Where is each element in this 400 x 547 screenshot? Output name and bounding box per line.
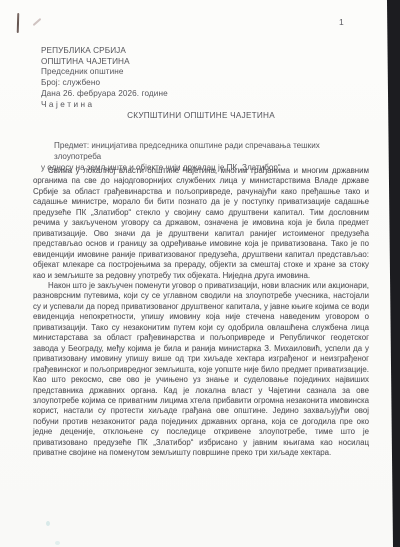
- page-number: 1: [339, 17, 344, 27]
- scan-speck: [55, 541, 60, 545]
- letterhead-line-number: Број: службено: [41, 78, 168, 89]
- letterhead-line-place: Ч а ј е т и н а: [41, 100, 168, 111]
- paragraph: Свима у локалној власти општине Чајетина…: [33, 166, 369, 281]
- letterhead: РЕПУБЛИКА СРБИЈА ОПШТИНА ЧАЈЕТИНА Предсе…: [41, 46, 168, 110]
- paragraph: Након што је закључен поменути уговор о …: [33, 281, 369, 459]
- addressee-title: СКУПШТИНИ ОПШТИНЕ ЧАЈЕТИНА: [33, 111, 369, 120]
- subject-line: Предмет: иницијатива председника општине…: [41, 141, 367, 163]
- pen-mark: [17, 13, 20, 33]
- letterhead-line-date: Дана 26. фебруара 2026. године: [41, 89, 168, 100]
- letterhead-line-republic: РЕПУБЛИКА СРБИЈА: [41, 46, 168, 57]
- pencil-tick-mark: [33, 18, 42, 26]
- letterhead-line-office: Председник општине: [41, 67, 168, 78]
- letterhead-line-municipality: ОПШТИНА ЧАЈЕТИНА: [41, 57, 168, 68]
- scan-speck: [46, 521, 50, 526]
- document-page: 1 РЕПУБЛИКА СРБИЈА ОПШТИНА ЧАЈЕТИНА Пред…: [0, 0, 400, 547]
- body-paragraphs: Свима у локалној власти општине Чајетина…: [33, 166, 369, 459]
